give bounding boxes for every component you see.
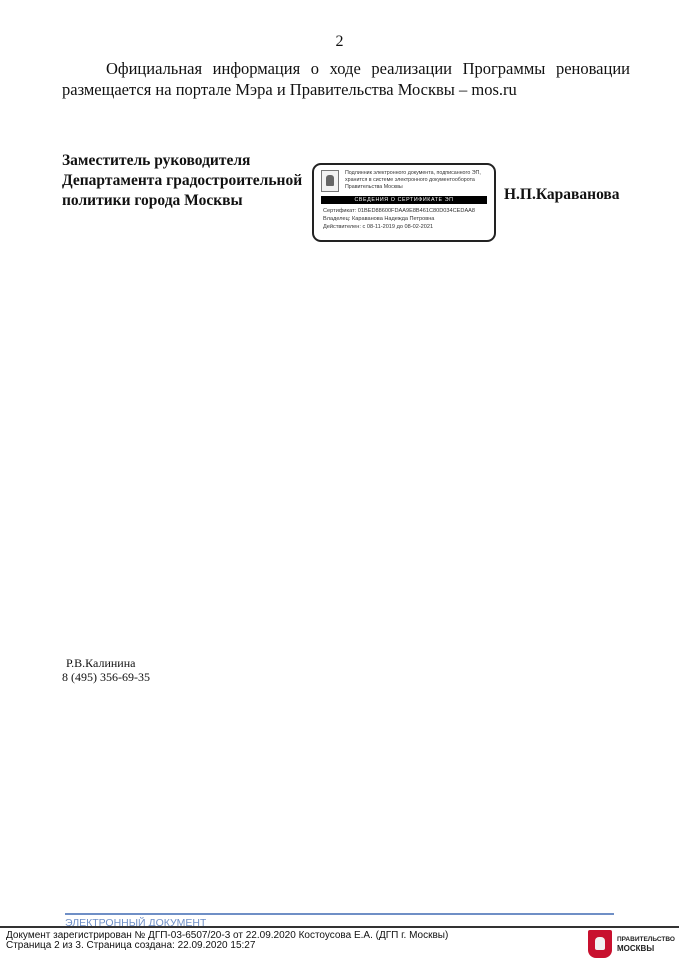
signer-name: Н.П.Караванова bbox=[504, 186, 620, 204]
signer-position-line: Заместитель руководителя bbox=[62, 151, 302, 171]
signer-position-line: политики города Москвы bbox=[62, 191, 302, 211]
executor-phone: 8 (495) 356-69-35 bbox=[62, 670, 150, 685]
paragraph-line-1: Официальная информация о ходе реализации… bbox=[62, 58, 630, 79]
footer-divider-blue bbox=[65, 913, 614, 915]
stamp-certificate-number: Сертификат: 01BED88600FDAA9E8B461C80D034… bbox=[323, 208, 475, 215]
page-info: Страница 2 из 3. Страница создана: 22.09… bbox=[6, 940, 255, 951]
electronic-document-label: ЭЛЕКТРОННЫЙ ДОКУМЕНТ bbox=[65, 917, 206, 926]
moscow-government-logo-icon bbox=[588, 930, 612, 958]
electronic-signature-stamp: Подлинник электронного документа, подпис… bbox=[312, 163, 496, 242]
signer-position: Заместитель руководителя Департамента гр… bbox=[62, 151, 302, 211]
stamp-owner: Владелец: Караванова Надежда Петровна bbox=[323, 216, 434, 223]
stamp-header-text: Подлинник электронного документа, подпис… bbox=[345, 170, 493, 191]
page-number: 2 bbox=[0, 33, 679, 51]
stamp-validity: Действителен: с 08-11-2019 до 08-02-2021 bbox=[323, 224, 433, 231]
moscow-coat-of-arms-icon bbox=[321, 170, 339, 192]
org-name-line-2: МОСКВЫ bbox=[617, 944, 675, 954]
stamp-certificate-title: СВЕДЕНИЯ О СЕРТИФИКАТЕ ЭП bbox=[321, 196, 487, 204]
executor-name: Р.В.Калинина bbox=[66, 656, 135, 671]
signer-position-line: Департамента градостроительной bbox=[62, 171, 302, 191]
paragraph-line-2: размещается на портале Мэра и Правительс… bbox=[62, 79, 630, 100]
org-name-line-1: ПРАВИТЕЛЬСТВО bbox=[617, 935, 675, 944]
moscow-government-label: ПРАВИТЕЛЬСТВО МОСКВЫ bbox=[617, 935, 675, 954]
footer-divider bbox=[0, 926, 679, 928]
